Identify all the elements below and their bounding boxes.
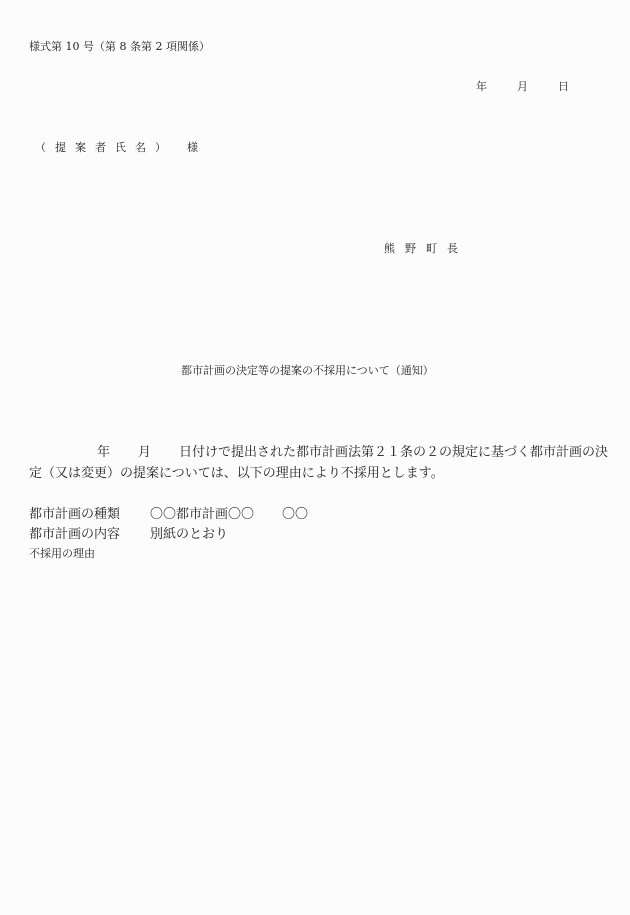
recipient-honorific: 様 bbox=[187, 141, 198, 154]
field-value-2: 〇〇 bbox=[282, 507, 308, 522]
field-label: 都市計画の種類 bbox=[29, 503, 150, 522]
form-number: 様式第 10 号（第 8 条第 2 項関係） bbox=[29, 38, 210, 54]
recipient-name-placeholder: （提案者氏名） bbox=[35, 141, 175, 154]
document-title: 都市計画の決定等の提案の不採用について（通知） bbox=[181, 362, 434, 378]
date-year: 年 bbox=[476, 78, 487, 94]
date-line: 年月日 bbox=[476, 78, 569, 94]
field-value: 別紙のとおり bbox=[150, 527, 228, 542]
field-rejection-reason: 不採用の理由 bbox=[29, 545, 95, 561]
body-text: 日付けで提出された都市計画法第２１条の２の規定に基づく都市計画の決定（又は変更）… bbox=[29, 445, 608, 481]
field-value: 〇〇都市計画〇〇 bbox=[150, 507, 254, 522]
sender: 熊野町長 bbox=[384, 240, 468, 256]
recipient: （提案者氏名）様 bbox=[35, 139, 198, 155]
date-day: 日 bbox=[558, 78, 569, 94]
body-year: 年 bbox=[97, 445, 110, 460]
body-paragraph: 年月日付けで提出された都市計画法第２１条の２の規定に基づく都市計画の決定（又は変… bbox=[29, 442, 609, 484]
field-plan-type: 都市計画の種類〇〇都市計画〇〇〇〇 bbox=[29, 503, 308, 522]
field-label: 都市計画の内容 bbox=[29, 523, 150, 542]
date-month: 月 bbox=[517, 78, 528, 94]
field-plan-content: 都市計画の内容別紙のとおり bbox=[29, 523, 228, 542]
field-label: 不採用の理由 bbox=[29, 547, 95, 560]
body-month: 月 bbox=[138, 445, 151, 460]
